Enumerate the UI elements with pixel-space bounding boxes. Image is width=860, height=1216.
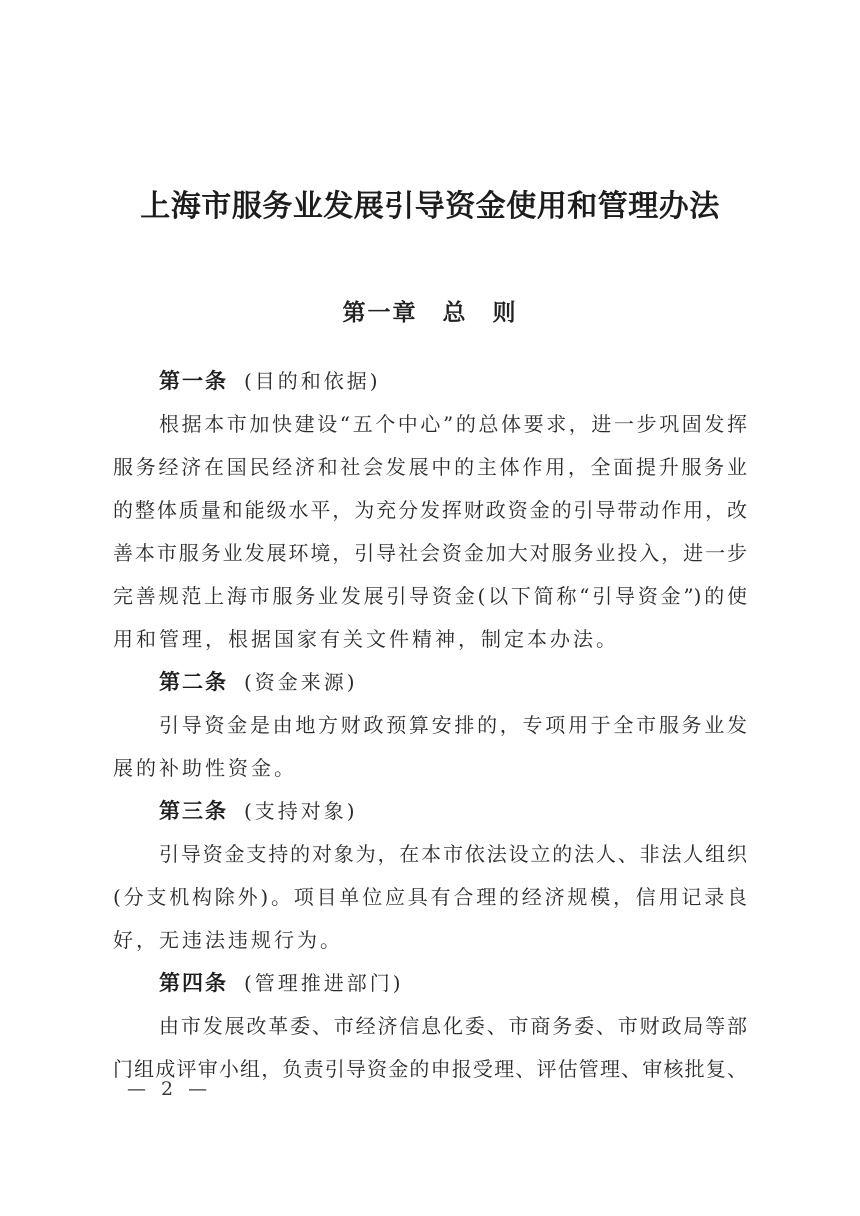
text-line: 引导资金是由地方财政预算安排的，专项用于全市服务业发 <box>113 704 747 747</box>
text-line: 根据本市加快建设“五个中心”的总体要求，进一步巩固发挥 <box>113 403 747 446</box>
text-line: 展的补助性资金。 <box>113 747 747 790</box>
text-line: 完善规范上海市服务业发展引导资金(以下简称“引导资金”)的使 <box>113 575 747 618</box>
text-line: 用和管理，根据国家有关文件精神，制定本办法。 <box>113 618 747 661</box>
article-4-heading: 第四条(管理推进部门) <box>113 962 747 1005</box>
text-line: 由市发展改革委、市经济信息化委、市商务委、市财政局等部 <box>113 1005 747 1048</box>
document-page: 上海市服务业发展引导资金使用和管理办法 第一章 总 则 第一条(目的和依据) 根… <box>0 0 860 1216</box>
article-1-number: 第一条 <box>159 369 228 393</box>
text-line: 引导资金支持的对象为，在本市依法设立的法人、非法人组织 <box>113 833 747 876</box>
article-1-subject: (目的和依据) <box>244 369 381 393</box>
article-1-heading: 第一条(目的和依据) <box>113 360 747 403</box>
chapter-heading: 第一章 总 则 <box>0 294 860 327</box>
article-2-number: 第二条 <box>159 670 228 694</box>
article-4-subject: (管理推进部门) <box>244 971 404 995</box>
article-3-heading: 第三条(支持对象) <box>113 790 747 833</box>
article-3-subject: (支持对象) <box>244 799 358 823</box>
text-line: 服务经济在国民经济和社会发展中的主体作用，全面提升服务业 <box>113 446 747 489</box>
document-title: 上海市服务业发展引导资金使用和管理办法 <box>0 181 860 225</box>
text-line: 好，无违法违规行为。 <box>113 919 747 962</box>
document-body: 第一条(目的和依据) 根据本市加快建设“五个中心”的总体要求，进一步巩固发挥 服… <box>113 360 747 1091</box>
text-line: (分支机构除外)。项目单位应具有合理的经济规模，信用记录良 <box>113 876 747 919</box>
article-2-heading: 第二条(资金来源) <box>113 661 747 704</box>
article-3-number: 第三条 <box>159 799 228 823</box>
text-line: 的整体质量和能级水平，为充分发挥财政资金的引导带动作用，改 <box>113 489 747 532</box>
article-4-number: 第四条 <box>159 971 228 995</box>
article-2-subject: (资金来源) <box>244 670 358 694</box>
text-line: 善本市服务业发展环境，引导社会资金加大对服务业投入，进一步 <box>113 532 747 575</box>
page-number: — 2 — <box>127 1074 208 1104</box>
